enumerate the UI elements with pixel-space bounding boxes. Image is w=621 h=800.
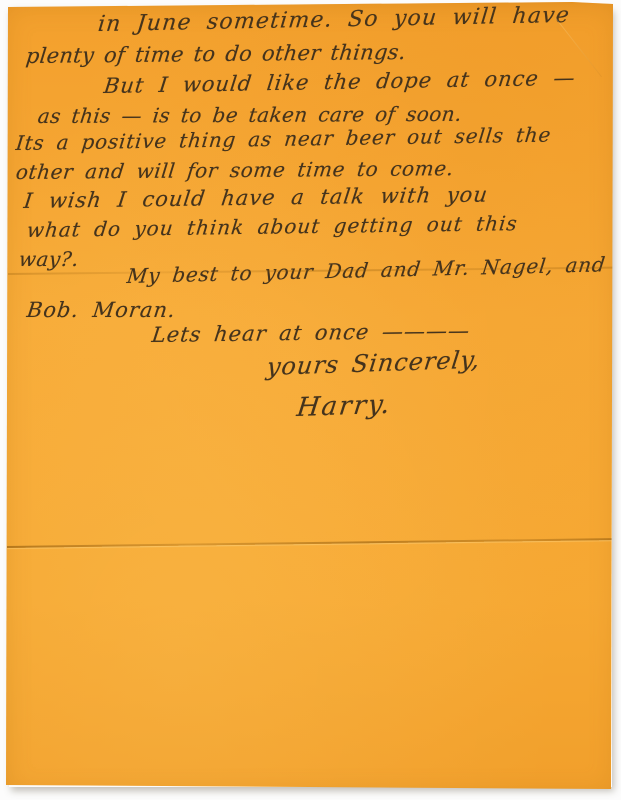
letter-line: But I would like the dope at once —	[103, 66, 578, 98]
fold-crease-lower	[7, 538, 614, 548]
regards-line: Bob. Moran.	[26, 298, 178, 322]
letter-line: in June sometime. So you will have	[97, 3, 572, 37]
letter-line: other and will for some time to come.	[15, 156, 456, 184]
regards-line: My best to your Dad and Mr. Nagel, and	[126, 252, 607, 288]
signature-harry: Harry.	[295, 390, 393, 423]
scan-background: in June sometime. So you will have plent…	[0, 0, 621, 800]
closing-line: Lets hear at once ————	[150, 319, 471, 347]
letter-line: I wish I could have a talk with you	[22, 182, 489, 213]
letter-line: plenty of time to do other things.	[25, 40, 408, 68]
letter-line: what do you think about getting out this	[26, 211, 519, 242]
valediction-line: yours Sincerely,	[265, 345, 482, 381]
letter-line: way?.	[18, 247, 81, 271]
letter-page: in June sometime. So you will have plent…	[0, 0, 621, 800]
